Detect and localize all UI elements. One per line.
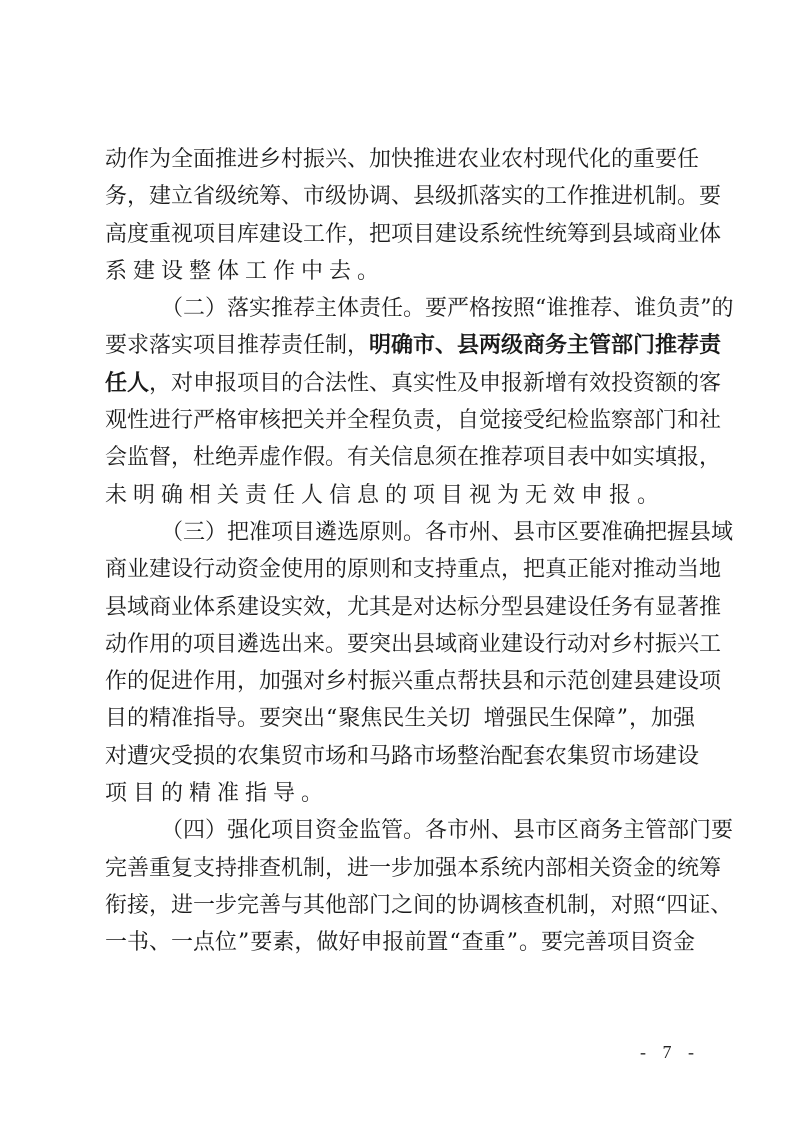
char: 关 [303,402,325,439]
char: 推 [215,141,237,178]
char: 设 [677,663,699,700]
char: 进 [149,402,171,439]
char: 一 [369,850,391,887]
char: 出 [391,626,413,663]
char: 主 [315,290,337,327]
char: 申 [193,365,215,402]
char: 金 [633,850,655,887]
char: ， [435,402,457,439]
char: 筹 [259,178,281,215]
char: 、 [391,178,413,215]
char: 部 [633,402,655,439]
char: 场 [325,738,347,775]
char: “ [325,700,338,737]
char: 振 [303,141,325,178]
text-line: 未明确相关责任人信息的项目视为无效申报。 [105,477,695,514]
char: 精 [189,775,211,812]
char: 出 [281,626,303,663]
char: 加 [651,700,673,737]
char: 任 [381,290,403,327]
char: 为 [149,141,171,178]
char: 。 [237,700,259,737]
char: 域 [633,216,655,253]
bold-char: 确 [391,327,413,364]
char: 项 [391,216,413,253]
char: 、 [612,290,634,327]
char: 民 [528,700,550,737]
char: 无 [525,477,547,514]
char: 荐 [501,439,523,476]
char: 工 [245,253,267,290]
char: 协 [457,887,479,924]
char: 级 [215,178,237,215]
char: 设 [567,589,589,626]
char: 增 [484,700,506,737]
char: 接 [127,887,149,924]
char: 业 [677,216,699,253]
char: 未 [105,477,127,514]
char: 现 [545,141,567,178]
bold-char: 推 [655,327,677,364]
char: 振 [369,663,391,700]
char: 设 [677,738,699,775]
char: 新 [523,365,545,402]
char: 库 [237,216,259,253]
char: 、 [347,141,369,178]
char: 重 [633,141,655,178]
char: 市 [535,812,557,849]
char: 制 [567,887,589,924]
char: 责 [678,290,700,327]
char: 报 [501,365,523,402]
char: 四 [666,887,688,924]
char: 设 [281,216,303,253]
char: 县 [105,589,127,626]
char: 统 [237,178,259,215]
char: 受 [523,402,545,439]
char: 准 [601,514,623,551]
char: 对 [303,663,325,700]
char: 推 [413,141,435,178]
char: 准 [217,775,239,812]
bold-char: 任 [105,365,127,402]
char: 商 [655,216,677,253]
char: 效 [553,477,575,514]
char: 项 [607,924,629,961]
char: 完 [563,924,585,961]
char: 制 [303,850,325,887]
char: 业 [479,141,501,178]
char: 落 [227,290,249,327]
char: 进 [611,178,633,215]
char: 核 [501,887,523,924]
char: 村 [633,626,655,663]
char: 推 [479,439,501,476]
char: 准 [171,700,193,737]
char: 要 [347,626,369,663]
char: 设 [161,253,183,290]
char: 明 [133,477,155,514]
char: 如 [611,439,633,476]
char: （ [161,812,183,849]
char: ， [699,439,721,476]
char: 点 [193,924,215,961]
char: 突 [281,700,303,737]
char: 商 [457,626,479,663]
char: 实 [171,327,193,364]
char: 行 [545,626,567,663]
char: 把 [281,402,303,439]
text-line: 会监督，杜绝弄虚作假。有关信息须在推荐项目表中如实填报， [105,439,695,476]
char: 点 [479,551,501,588]
char: 村 [523,141,545,178]
char: 突 [369,626,391,663]
char: 准 [249,514,271,551]
bold-char: 责 [699,327,721,364]
text-line: 观性进行严格审核把关并全程负责，自觉接受纪检监察部门和社 [105,402,695,439]
char: 息 [413,439,435,476]
char: 推 [699,589,721,626]
char: 村 [347,663,369,700]
char: 善 [259,887,281,924]
char: 聚 [338,700,360,737]
char: 素 [272,924,294,961]
char: ） [205,812,227,849]
char: 部 [667,812,689,849]
char: 生 [550,700,572,737]
char: 监 [359,812,381,849]
char: 视 [469,477,491,514]
char: 自 [457,402,479,439]
char: 。 [325,626,347,663]
char: 能 [589,551,611,588]
char: 、 [491,514,513,551]
char: 正 [567,551,589,588]
char: 推 [237,327,259,364]
char: 体 [699,216,721,253]
char: 性 [523,216,545,253]
char: 区 [557,812,579,849]
char: 目 [259,365,281,402]
char: 建 [149,178,171,215]
char: 报 [677,439,699,476]
char: 治 [479,738,501,775]
char: 项 [523,439,545,476]
char: 作 [273,253,295,290]
char: 觉 [479,402,501,439]
char: 振 [655,626,677,663]
char: 完 [237,887,259,924]
char: “ [655,887,666,924]
char: 目 [133,775,155,812]
char: 统 [545,216,567,253]
char: 并 [325,402,347,439]
char: 按 [491,290,513,327]
char: 握 [667,514,689,551]
char: 项 [193,626,215,663]
document-body: 动作为全面推进乡村振兴、加快推进农业农村现代化的重要任务，建立省级统筹、市级协调… [105,141,695,962]
char: 则 [381,514,403,551]
char: 设 [523,626,545,663]
char: 遭 [127,738,149,775]
char: 机 [545,887,567,924]
char: 好 [338,924,360,961]
char: 工 [303,216,325,253]
char: 代 [567,141,589,178]
char: ” [506,924,519,961]
text-line: （三）把准项目遴选原则。各市州、县市区要准确把握县域 [105,514,695,551]
char: 关 [369,439,391,476]
char: 县 [513,812,535,849]
char: 重 [484,924,506,961]
char: 门 [369,887,391,924]
char: 实 [633,439,655,476]
char: 州 [469,514,491,551]
char: 场 [435,738,457,775]
text-line: 动作为全面推进乡村振兴、加快推进农业农村现代化的重要任 [105,141,695,178]
char: 路 [391,738,413,775]
char: 州 [469,812,491,849]
char: 整 [189,253,211,290]
char: 内 [523,850,545,887]
char: 把 [645,514,667,551]
bold-char: 管 [589,327,611,364]
text-line: （四）强化项目资金监管。各市州、县市区商务主管部门要 [105,812,695,849]
char: 筹 [567,216,589,253]
char: 进 [171,663,193,700]
char: ） [205,514,227,551]
char: 把 [523,551,545,588]
char: 责 [281,327,303,364]
char: 责 [359,290,381,327]
char: 。 [403,290,425,327]
char: 作 [193,663,215,700]
char: 遴 [237,626,259,663]
char: 填 [655,439,677,476]
char: 部 [347,887,369,924]
char: 强 [673,700,695,737]
char: 加 [369,141,391,178]
char: 体 [217,253,239,290]
char: 法 [325,365,347,402]
char: 作 [567,178,589,215]
char: 关 [426,700,448,737]
char: 为 [497,477,519,514]
char: 对 [171,365,193,402]
char: 动 [215,551,237,588]
char: 的 [611,141,633,178]
char: 项 [237,365,259,402]
char: 务 [105,178,127,215]
char: 项 [271,514,293,551]
char: 推 [271,290,293,327]
char: （ [161,514,183,551]
char: 实 [281,589,303,626]
char: 制 [325,327,347,364]
char: 县 [501,663,523,700]
char: 立 [171,178,193,215]
char: 选 [337,514,359,551]
char: 额 [655,365,677,402]
char: 损 [193,738,215,775]
char: 。 [357,253,379,290]
char: 制 [655,178,677,215]
char: 有 [633,589,655,626]
char: 书 [127,924,149,961]
char: 全 [347,402,369,439]
page-number: - 7 - [640,1042,700,1063]
char: 去 [329,253,351,290]
char: 表 [567,439,589,476]
char: 申 [360,924,382,961]
char: 对 [611,887,633,924]
char: 任 [677,141,699,178]
char: 当 [677,551,699,588]
char: 其 [303,887,325,924]
char: 商 [105,551,127,588]
char: 县 [523,589,545,626]
char: 前 [404,924,426,961]
char: 灾 [149,738,171,775]
char: 性 [435,365,457,402]
char: 须 [435,439,457,476]
char: ” [616,700,629,737]
char: 任 [303,327,325,364]
char: 的 [215,738,237,775]
char: 建 [435,216,457,253]
char: 遴 [315,514,337,551]
char: 域 [127,589,149,626]
char: 使 [281,551,303,588]
bold-char: 人 [127,365,149,402]
char: 目 [215,626,237,663]
char: 调 [479,887,501,924]
char: 和 [391,551,413,588]
char: 的 [171,626,193,663]
char: （ [161,290,183,327]
char: 市 [303,738,325,775]
char: 善 [127,850,149,887]
char: ， [149,365,171,402]
char: ” [237,924,250,961]
char: 务 [601,812,623,849]
char: 信 [391,439,413,476]
char: 效 [589,365,611,402]
char: 报 [382,924,404,961]
char: 步 [391,850,413,887]
char: 作 [127,141,149,178]
char: 加 [259,663,281,700]
char: 报 [215,365,237,402]
char: 用 [303,551,325,588]
char: 性 [127,402,149,439]
char: 商 [149,589,171,626]
char: 监 [127,439,149,476]
char: 项 [105,775,127,812]
char: 审 [237,402,259,439]
char: 化 [249,812,271,849]
char: 农 [237,738,259,775]
char: 重 [457,551,479,588]
char: 县 [413,626,435,663]
char: 指 [245,775,267,812]
char: 点 [435,663,457,700]
char: 中 [301,253,323,290]
char: 业 [479,626,501,663]
char: 、 [149,924,171,961]
char: 在 [457,439,479,476]
char: 确 [161,477,183,514]
char: 原 [347,551,369,588]
char: 套 [523,738,545,775]
char: 面 [193,141,215,178]
char: 任 [273,477,295,514]
char: 民 [382,700,404,737]
bold-char: 门 [633,327,655,364]
char: 对 [105,738,127,775]
char: 二 [183,290,205,327]
bold-char: 明 [369,327,391,364]
char: 重 [413,663,435,700]
char: 业 [127,551,149,588]
char: 做 [316,924,338,961]
char: 区 [557,514,579,551]
char: 域 [435,626,457,663]
char: 则 [369,551,391,588]
char: 原 [359,514,381,551]
char: 监 [589,402,611,439]
char: 县 [611,216,633,253]
bold-char: 部 [611,327,633,364]
char: 重 [149,216,171,253]
text-line: 商业建设行动资金使用的原则和支持重点，把真正能对推动当地 [105,551,695,588]
char: 查 [259,850,281,887]
char: 息 [357,477,379,514]
char: 的 [435,887,457,924]
bold-char: 县 [457,327,479,364]
text-line: 衔接，进一步完善与其他部门之间的协调核查机制，对照“四证、 [105,887,695,924]
char: 复 [171,850,193,887]
char: 设 [259,589,281,626]
char: 贸 [281,738,303,775]
char: 完 [105,850,127,887]
text-line: 动作用的项目遴选出来。要突出县域商业建设行动对乡村振兴工 [105,626,695,663]
char: 照 [513,290,535,327]
char: 乡 [259,141,281,178]
char: 照 [633,887,655,924]
char: ， [149,887,171,924]
char: 任 [589,589,611,626]
char: 有 [567,365,589,402]
char: 作 [325,216,347,253]
char: 目 [293,812,315,849]
char: 集 [259,738,281,775]
char: 强 [435,850,457,887]
char: 著 [677,589,699,626]
char: 进 [347,850,369,887]
text-line: 系建设整体工作中去。 [105,253,695,290]
char: 严 [447,290,469,327]
char: 市 [413,738,435,775]
char: 步 [215,887,237,924]
char: 机 [633,178,655,215]
char: 门 [655,402,677,439]
char: 目 [441,477,463,514]
char: 切 [448,700,470,737]
char: 统 [677,850,699,887]
char: 相 [567,850,589,887]
char: 统 [501,850,523,887]
